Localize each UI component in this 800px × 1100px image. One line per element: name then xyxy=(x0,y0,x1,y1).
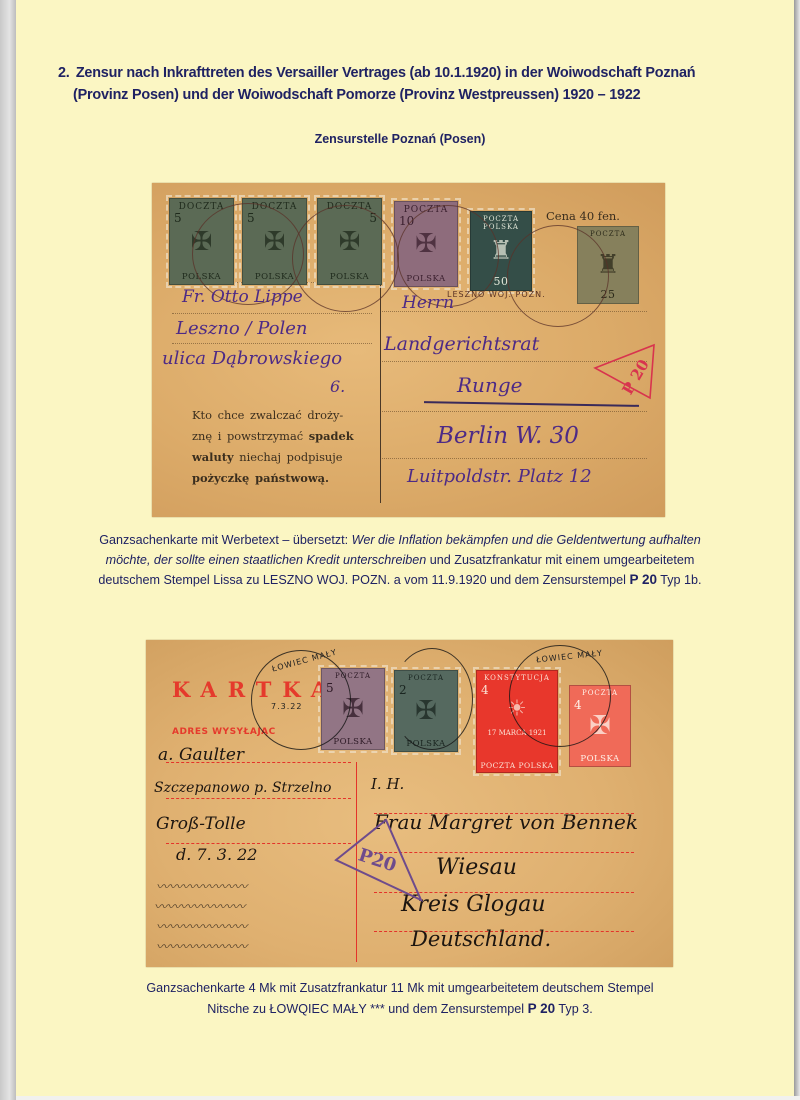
handwritten-sender-line: Leszno / Polen xyxy=(176,318,307,339)
postcard-leszno: Cena 40 fen. DOCZTA 5 ✠ POLSKA DOCZTA 5 … xyxy=(152,183,665,517)
handwritten-sender-line: a. Gaulter xyxy=(158,745,244,765)
ad-line-bold: pożyczkę państwową. xyxy=(192,471,329,485)
address-line xyxy=(172,343,372,344)
heading-line-2: (Provinz Posen) und der Woiwodschaft Pom… xyxy=(58,84,758,106)
postmark-leszno xyxy=(292,205,399,312)
postmark-date: 7.3.22 xyxy=(271,702,302,711)
caption-text: und Zusatzfrankatur mit einem umgearbeit… xyxy=(426,553,694,567)
handwritten-recipient-line: Luitpoldstr. Platz 12 xyxy=(407,466,592,487)
postmark-leszno xyxy=(507,225,609,327)
caption-text: Ganzsachenkarte 4 Mk mit Zusatzfrankatur… xyxy=(40,979,760,999)
address-line xyxy=(172,313,372,314)
stamp-value: 4 xyxy=(481,683,489,697)
handwritten-recipient-line: Herrn xyxy=(402,293,454,313)
handwritten-recipient-line: I. H. xyxy=(371,775,404,793)
caption-translation: Wer die Inflation bekämpfen und die Geld… xyxy=(352,533,701,547)
ad-line: Kto chce zwalczać droży- xyxy=(192,405,392,426)
postmark-text: LESZNO WOJ. POZN. xyxy=(447,290,546,299)
stamp-bottom-text: POLSKA xyxy=(570,754,630,764)
scan-bottom-edge xyxy=(16,1096,800,1100)
caption-text: deutschem Stempel Lissa zu LESZNO WOJ. P… xyxy=(98,573,629,587)
handwritten-sender-line: d. 7. 3. 22 xyxy=(176,845,257,864)
stamp-value: 5 xyxy=(174,211,182,225)
caption-text: Nitsche zu ŁOWQIEC MAŁY *** und dem Zens… xyxy=(207,1002,527,1016)
postcard-lowiec-maly: KARTKA ADRES WYSYŁAJĄC POCZTA 5 ✠ POLSKA… xyxy=(146,640,673,967)
caption-text: Typ 3. xyxy=(555,1002,593,1016)
handwritten-message: 〰〰〰〰〰〰〰 xyxy=(156,936,247,955)
handwritten-sender-line: Szczepanowo p. Strzelno xyxy=(154,780,331,796)
page-heading: 2. Zensur nach Inkrafttreten des Versail… xyxy=(58,62,758,106)
ad-line: znę i powstrzymać xyxy=(192,429,309,443)
caption-censor-code: P 20 xyxy=(528,1001,556,1016)
handwritten-recipient-line: Landgerichtsrat xyxy=(384,333,539,355)
handwritten-recipient-line: Wiesau xyxy=(436,855,517,880)
scan-right-edge xyxy=(794,0,800,1100)
caption-text: Ganzsachenkarte mit Werbetext – übersetz… xyxy=(99,533,351,547)
section-subheading: Zensurstelle Poznań (Posen) xyxy=(0,132,800,146)
handwritten-recipient-line: Berlin W. 30 xyxy=(437,423,579,449)
address-line xyxy=(382,458,647,459)
heading-line-1: Zensur nach Inkrafttreten des Versailler… xyxy=(76,65,696,81)
postmark-lowiec-maly xyxy=(391,648,473,750)
caption-translation: möchte, der sollte einen staatlichen Kre… xyxy=(106,553,427,567)
handwritten-message: 〰〰〰〰〰〰〰 xyxy=(156,876,247,895)
caption-card-2: Ganzsachenkarte 4 Mk mit Zusatzfrankatur… xyxy=(40,979,760,1019)
caption-censor-code: P 20 xyxy=(629,572,657,587)
caption-text: Typ 1b. xyxy=(657,573,702,587)
scan-left-edge xyxy=(0,0,16,1100)
ad-line-bold: waluty xyxy=(192,450,234,464)
handwritten-message: 〰〰〰〰〰〰〰 xyxy=(154,896,245,915)
price-imprint: Cena 40 fen. xyxy=(546,209,620,223)
handwritten-recipient-line: Runge xyxy=(457,373,522,397)
address-line xyxy=(382,411,647,412)
ad-line: niechaj podpisuje xyxy=(234,450,343,464)
heading-number: 2. xyxy=(58,62,72,84)
propaganda-text: Kto chce zwalczać droży- znę i powstrzym… xyxy=(192,405,392,489)
handwritten-recipient-line: Deutschland. xyxy=(411,927,551,951)
caption-card-1: Ganzsachenkarte mit Werbetext – übersetz… xyxy=(40,531,760,591)
handwritten-message: 〰〰〰〰〰〰〰 xyxy=(156,916,247,935)
stamp-bottom-text: POCZTA POLSKA xyxy=(477,761,557,770)
address-line xyxy=(166,798,351,799)
ad-line-bold: spadek xyxy=(309,429,354,443)
handwritten-sender-line: ulica Dąbrowskiego xyxy=(162,348,342,369)
address-line xyxy=(166,843,351,844)
handwritten-sender-line: Groß-Tolle xyxy=(156,814,246,834)
handwritten-sender-line: Fr. Otto Lippe xyxy=(182,287,303,307)
handwritten-sender-line: 6. xyxy=(330,377,345,396)
